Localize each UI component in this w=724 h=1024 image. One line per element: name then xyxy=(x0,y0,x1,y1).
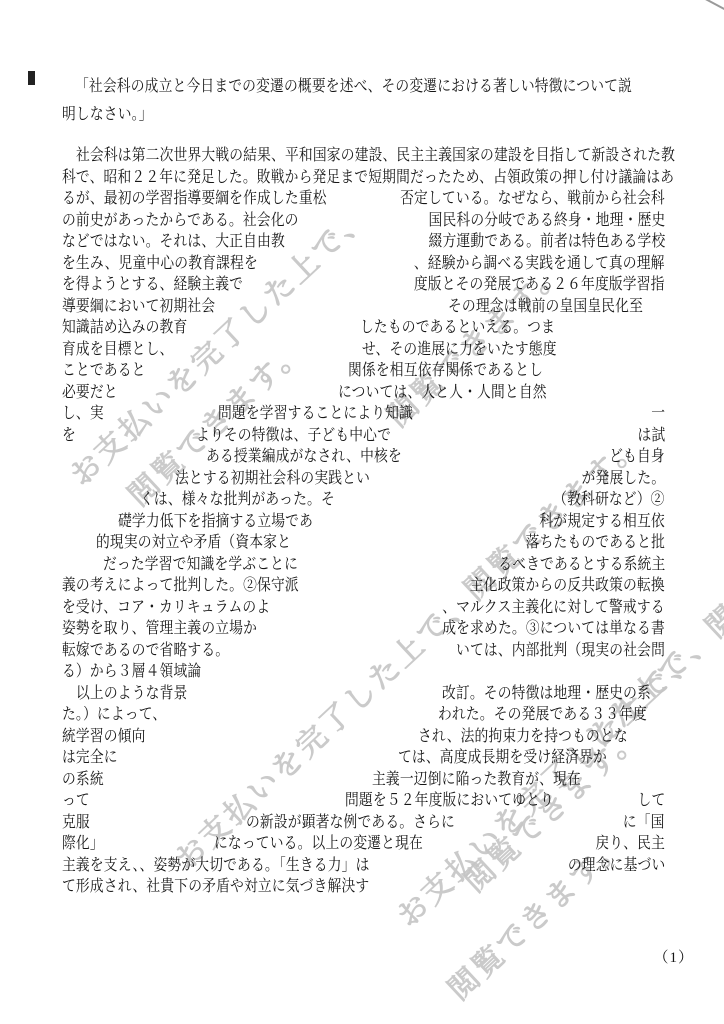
text-line-fragment: 的現実の対立や矛盾（資本家と xyxy=(96,534,291,552)
document-page: お支払いを完了した上で、閲覧できます。閲覧できます。お支払いを完了した上で、閲覧… xyxy=(0,0,724,1024)
text-line-fragment: 関係を相互依存関係であるとし xyxy=(348,362,543,380)
text-line-fragment: が発展した。 xyxy=(581,470,665,488)
text-line-fragment: るが、最初の学習指導要綱を作成した重松 xyxy=(62,190,327,208)
text-line-fragment: を得ようとする、経験主義で xyxy=(62,276,243,294)
text-line-fragment: ことであると xyxy=(62,362,146,380)
text-line-fragment: 「社会科の成立と今日までの変遷の概要を述べ、その変遷における著しい特徴について説 xyxy=(75,78,632,96)
text-line-fragment: 落ちたものであると批 xyxy=(526,534,665,552)
text-line-fragment: 社会科は第二次世界大戦の結果、平和国家の建設、民主主義国家の建設を目指して新設さ… xyxy=(76,147,675,165)
text-line-fragment: の前史があったからである。社会化の xyxy=(62,212,299,230)
text-line-fragment: 際化」 xyxy=(62,835,104,853)
text-line-fragment: 統学習の傾向 xyxy=(62,728,146,746)
text-line-fragment: 成を求めた。③については単なる書 xyxy=(442,620,665,638)
text-line-fragment: 以上のような背景 xyxy=(76,685,187,703)
text-line-fragment: 度版とその発展である２６年度版学習指 xyxy=(414,276,665,294)
text-line-fragment: したものであるといえる。つま xyxy=(360,319,555,337)
text-line-fragment: などではない。それは、大正自由教 xyxy=(62,233,285,251)
text-line-fragment: 科が規定する相互依 xyxy=(540,513,665,531)
text-line-fragment: せ、その進展に力をいたす態度 xyxy=(362,341,557,359)
text-line-fragment: 義の考えによって批判した。②保守派 xyxy=(62,577,299,595)
text-line-fragment: ある授業編成がなされ、中核を xyxy=(206,448,402,466)
text-line-fragment: 問題を学習することにより知識 xyxy=(218,405,413,423)
text-line-fragment: 、経験から調べる実践を通して真の理解 xyxy=(414,255,665,273)
text-line-fragment: よりその特徴は、子ども中心で xyxy=(196,427,391,445)
text-line-fragment: 転嫁であるので省略する。 xyxy=(62,642,229,660)
text-line-fragment: 一 xyxy=(651,405,665,423)
text-line-fragment: 改訂。その特徴は地理・歴史の系 xyxy=(442,685,651,703)
text-line-fragment: た。）によって、 xyxy=(62,706,166,724)
text-line-fragment: は完全に xyxy=(62,749,118,767)
text-line-fragment: て形成され、社貴下の矛盾や対立に気づき解決す xyxy=(62,878,369,896)
text-line-fragment: して xyxy=(637,792,665,810)
page-number: （1） xyxy=(653,946,694,967)
text-line-fragment: 法とする初期社会科の実践とい xyxy=(175,470,370,488)
text-line-fragment: を xyxy=(62,427,76,445)
text-line-fragment: 、マルクス主義化に対して警戒する xyxy=(442,599,665,617)
text-line-fragment: その理念は戦前の皇国皇民化至 xyxy=(448,298,643,316)
text-line-fragment: 必要だと xyxy=(62,384,118,402)
text-line-fragment: いては、内部批判（現実の社会問 xyxy=(456,642,665,660)
scan-artifact-corner-line xyxy=(701,0,724,10)
text-line-fragment: の系統 xyxy=(62,771,104,789)
text-line-fragment: 否定している。なぜなら、戦前から社会科 xyxy=(400,190,665,208)
text-line-fragment: 国民科の分岐である終身・地理・歴史 xyxy=(428,212,665,230)
text-line-fragment: 主義を支え、、姿勢が大切である。「生きる力」は xyxy=(62,857,370,875)
text-line-fragment: 克服 xyxy=(62,814,90,832)
text-line-fragment: し、実 xyxy=(62,405,104,423)
text-line-fragment: るべきであるとする系統主 xyxy=(498,556,665,574)
text-line-fragment: になっている。以上の変遷と現在 xyxy=(214,835,423,853)
text-line-fragment: の新設が顕著な例である。さらに xyxy=(246,814,455,832)
text-line-fragment: る）から３層４領域論 xyxy=(62,663,201,681)
text-line-fragment: くは、様々な批判があった。そ xyxy=(140,491,335,509)
text-line-fragment: され、法的拘束力を持つものとな xyxy=(418,728,628,746)
text-line-fragment: 戻り、民主 xyxy=(595,835,665,853)
text-line-fragment: （教科研など）② xyxy=(554,491,665,509)
text-line-fragment: 明しなさい。」 xyxy=(62,106,153,124)
text-line-fragment: 姿勢を取り、管理主義の立場か xyxy=(62,620,257,638)
text-line-fragment: 科で、昭和２２年に発足した。敗戦から発足まで短期間だったため、占領政策の押し付け… xyxy=(62,169,674,187)
text-line-fragment: については、人と人・人間と自然 xyxy=(338,384,547,402)
text-line-fragment: 問題を５２年度版においてゆとり xyxy=(345,792,554,810)
text-line-fragment: 育成を目標とし、 xyxy=(62,341,173,359)
text-line-fragment: を受け、コア・カリキュラムのよ xyxy=(62,599,270,617)
text-line-fragment: に「国 xyxy=(623,814,665,832)
text-line-fragment: 礎学力低下を指摘する立場であ xyxy=(118,513,313,531)
text-line-fragment: 綴方運動である。前者は特色ある学校 xyxy=(428,233,665,251)
text-line-fragment: 主義一辺倒に陥った教育が、現在 xyxy=(372,771,581,789)
text-line-fragment: 知識詰め込みの教育 xyxy=(62,319,187,337)
scan-artifact-left-edge xyxy=(28,71,35,85)
text-line-fragment: を生み、児童中心の教育課程を xyxy=(62,255,258,273)
text-line-fragment: われた。その発展である３３年度 xyxy=(438,706,647,724)
text-line-fragment: ては、高度成長期を受け経済界か xyxy=(398,749,607,767)
text-line-fragment: 主化政策からの反共政策の転換 xyxy=(470,577,665,595)
text-line-fragment: 導要綱において初期社会 xyxy=(62,298,215,316)
text-line-fragment: ども自身 xyxy=(609,448,665,466)
text-line-fragment: の理念に基づい xyxy=(567,857,665,875)
text-line-fragment: って xyxy=(62,792,90,810)
text-line-fragment: だった学習で知識を学ぶことに xyxy=(103,556,298,574)
text-line-fragment: は試 xyxy=(637,427,665,445)
